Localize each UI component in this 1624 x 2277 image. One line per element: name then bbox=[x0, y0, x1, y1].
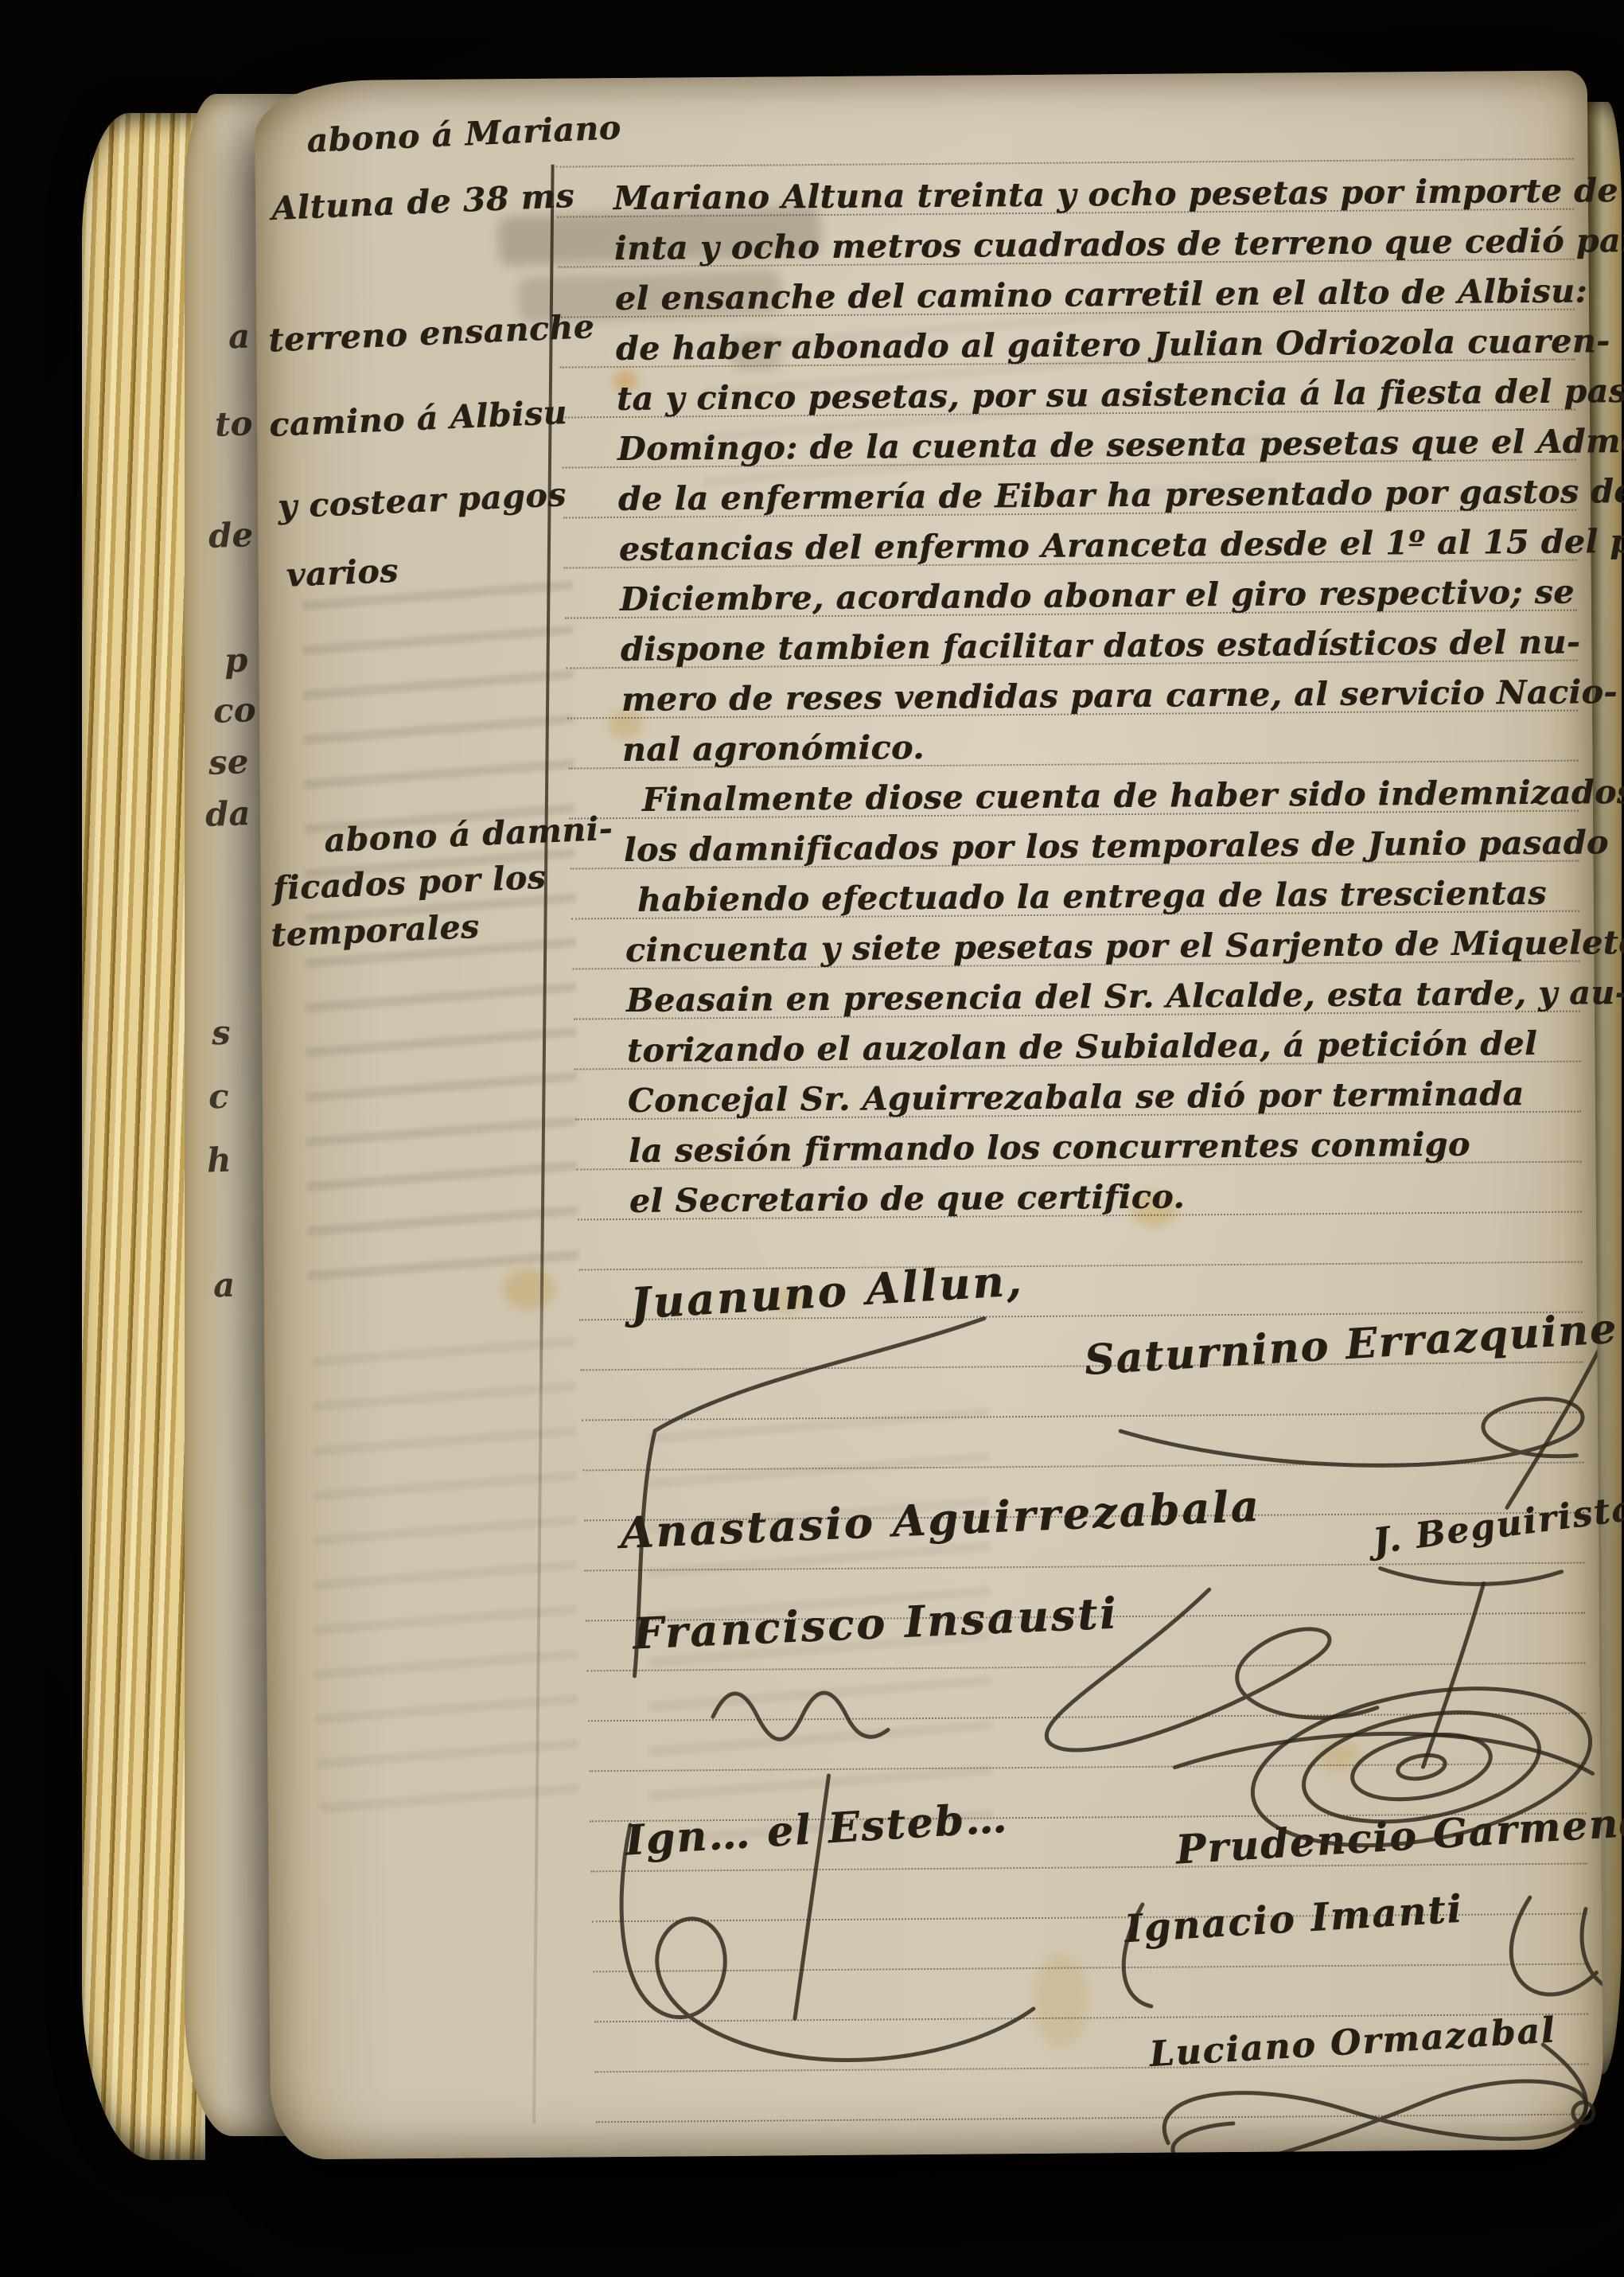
previous-page-text-fragment: s bbox=[211, 1013, 231, 1053]
signature-flourish-insausti bbox=[713, 1692, 888, 1740]
signature-flourish-errazquin-slash bbox=[1505, 1312, 1603, 1507]
manuscript-page: abono á MarianoAltuna de 38 msterreno en… bbox=[255, 70, 1603, 2159]
previous-page-text-fragment: to bbox=[214, 404, 253, 444]
signature-flourish-aguirrezabala bbox=[1046, 1589, 1377, 1751]
photographed-minutes-book: atodepcosedascha abono á MarianoAltuna d… bbox=[0, 0, 1624, 2277]
previous-page-text-fragment: se bbox=[208, 742, 249, 782]
signature-flourish-imanti-tail bbox=[1124, 1905, 1151, 2006]
signature-flourish-beguiristain-flick bbox=[1380, 1567, 1561, 1585]
previous-page-text-fragment: a bbox=[212, 1265, 236, 1305]
previous-page-text-fragment: h bbox=[206, 1140, 232, 1179]
previous-page-text-fragment: co bbox=[212, 690, 256, 731]
signature-flourish-ormazabal-infinity bbox=[1164, 2080, 1587, 2159]
signature-flourish-esteb-stroke bbox=[793, 1776, 831, 2018]
previous-page-text-fragment: p bbox=[224, 641, 248, 680]
previous-page-text-fragment: de bbox=[208, 515, 254, 556]
signature-flourishes-layer bbox=[255, 70, 1603, 2159]
signature-flourish-allun bbox=[632, 1318, 987, 1675]
previous-page-text-fragment: a bbox=[228, 317, 251, 357]
previous-page-text-fragment: da bbox=[204, 793, 251, 834]
signature-flourish-errazquin-loop bbox=[1120, 1398, 1583, 1468]
signature-flourish-garmendia bbox=[1511, 1897, 1604, 1995]
signature-flourish-esteb-loops bbox=[621, 1822, 1034, 2062]
previous-page-text-fragment: c bbox=[208, 1077, 229, 1117]
